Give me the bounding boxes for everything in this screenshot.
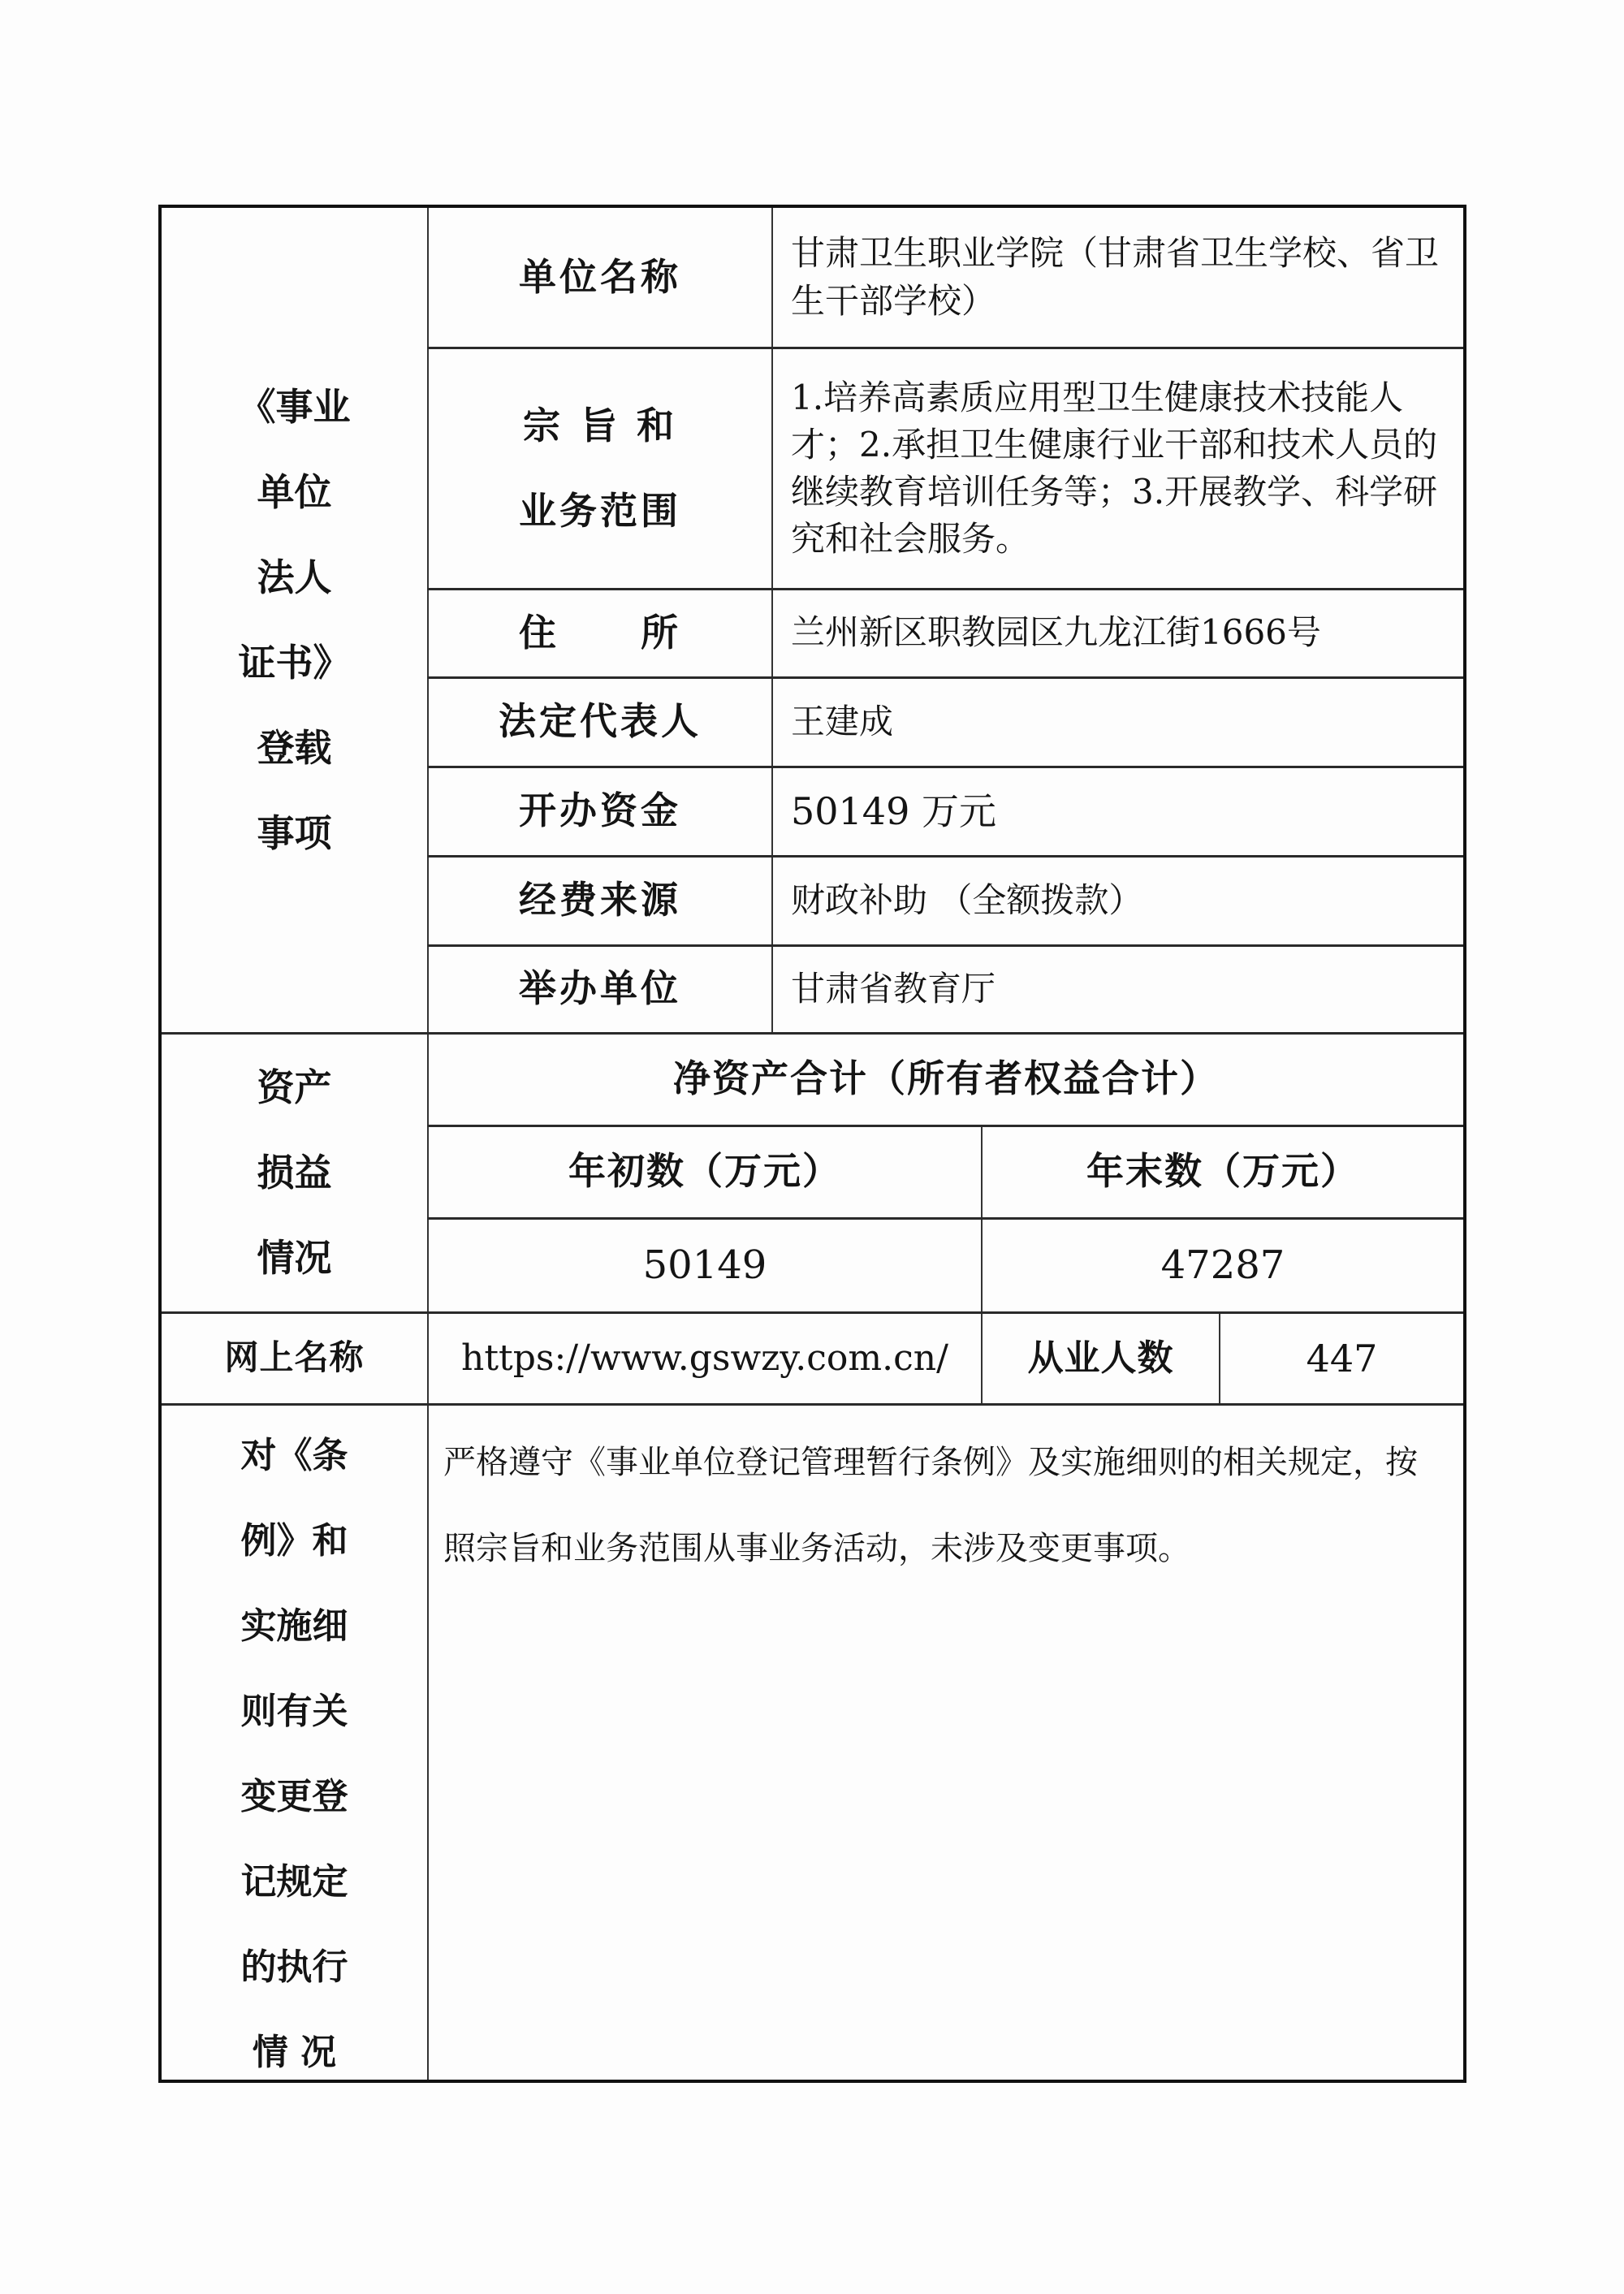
value-purpose-scope: 1.培养高素质应用型卫生健康技术技能人才；2.承担卫生健康行业干部和技术人员的继… <box>773 348 1463 588</box>
divider <box>1219 1313 1220 1403</box>
registration-section-label: 《事业 单位 法人 证书》 登载 事项 <box>162 208 427 1032</box>
label-staff-count: 从业人数 <box>983 1313 1219 1403</box>
divider <box>427 347 1463 349</box>
divider <box>427 944 1463 947</box>
divider <box>162 1403 1463 1406</box>
assets-section-label: 资产 损益 情况 <box>162 1034 427 1311</box>
label-end-year: 年末数（万元） <box>983 1126 1463 1217</box>
value-unit-name: 甘肃卫生职业学院（甘肃省卫生学校、省卫生干部学校） <box>773 208 1463 347</box>
divider <box>427 676 1463 679</box>
label-funding-source: 经费来源 <box>429 857 771 944</box>
registration-table: 《事业 单位 法人 证书》 登载 事项 单位名称 甘肃卫生职业学院（甘肃省卫生学… <box>158 205 1466 2083</box>
value-capital: 50149 万元 <box>773 767 1463 855</box>
divider <box>427 1125 1463 1127</box>
value-web-name[interactable]: https://www.gswzy.com.cn/ <box>429 1313 981 1403</box>
value-address: 兰州新区职教园区九龙江街1666号 <box>773 590 1463 676</box>
label-sponsor: 举办单位 <box>429 946 771 1032</box>
divider <box>771 208 773 1034</box>
label-web-name: 网上名称 <box>162 1313 427 1403</box>
divider <box>162 1032 1463 1035</box>
label-capital: 开办资金 <box>429 767 771 855</box>
label-begin-year: 年初数（万元） <box>429 1126 981 1217</box>
value-end-year: 47287 <box>983 1219 1463 1311</box>
compliance-section-label: 对《条 例》和 实施细 则有关 变更登 记规定 的执行 情 况 <box>162 1405 427 2080</box>
value-begin-year: 50149 <box>429 1219 981 1311</box>
label-legal-rep: 法定代表人 <box>429 678 771 766</box>
divider <box>427 588 1463 590</box>
label-address: 住 所 <box>429 590 771 676</box>
divider <box>427 208 429 2080</box>
divider <box>162 1311 1463 1314</box>
label-unit-name: 单位名称 <box>429 208 771 347</box>
label-purpose-scope: 宗 旨 和 业务范围 <box>429 348 771 588</box>
assets-header: 净资产合计（所有者权益合计） <box>429 1034 1463 1125</box>
value-funding-source: 财政补助 （全额拨款） <box>773 857 1463 944</box>
value-legal-rep: 王建成 <box>773 678 1463 766</box>
value-staff-count: 447 <box>1220 1313 1463 1403</box>
divider <box>981 1126 983 1403</box>
divider <box>427 1217 1463 1220</box>
value-compliance: 严格遵守《事业单位登记管理暂行条例》及实施细则的相关规定，按照宗旨和业务范围从事… <box>429 1405 1463 2080</box>
divider <box>427 855 1463 858</box>
divider <box>427 766 1463 768</box>
value-sponsor: 甘肃省教育厅 <box>773 946 1463 1032</box>
